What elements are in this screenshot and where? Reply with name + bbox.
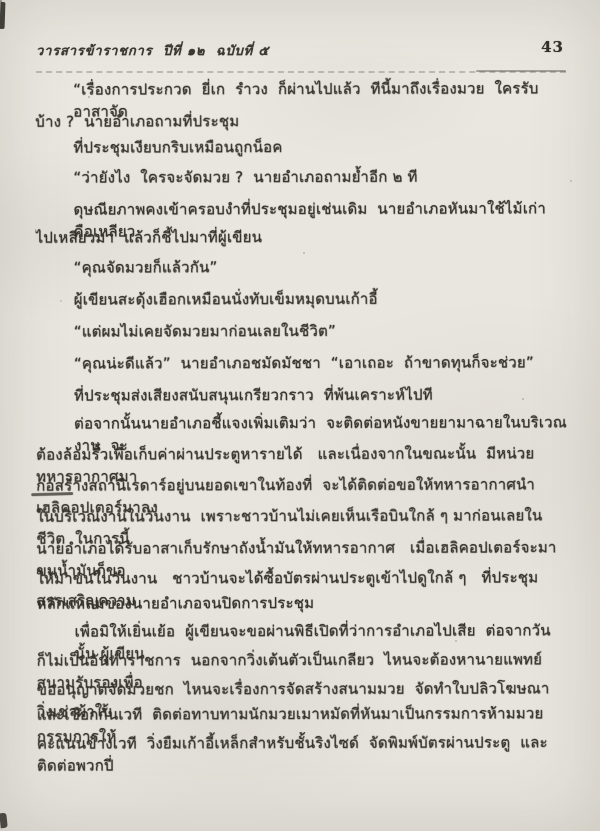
text-line: ไปเหลียวมา แล้วก็ชี้ไปมาที่ผู้เขียน — [36, 226, 263, 249]
text-line: “แต่ผมไม่เคยจัดมวยมาก่อนเลยในชีวิต” — [74, 320, 336, 343]
text-line: “คุณจัดมวยก็แล้วกัน” — [74, 256, 218, 278]
scanned-page: วารสารข้าราชการ ปีที่ ๑๒ ฉบับที่ ๕ 43 “เ… — [0, 0, 600, 831]
text-line: “ว่ายังไง ใครจะจัดมวย ? นายอำเภอถามย้ำอี… — [73, 166, 417, 189]
body-text: “เรื่องการประกวด ยี่เก รำวง ก็ผ่านไปแล้ว… — [0, 0, 600, 831]
text-line: หลักแหลมของนายอำเภอจนปิดการประชุม — [36, 592, 314, 615]
text-line: ที่ประชุมเงียบกริบเหมือนถูกน็อค — [73, 136, 282, 159]
text-line: “คุณน่ะดีแล้ว” นายอำเภอชมัดมัชชา “เอาเถอ… — [74, 351, 534, 374]
text-line: ที่ประชุมส่งเสียงสนับสนุนเกรียวกราว ที่พ… — [74, 384, 433, 407]
text-line: บ้าง ? นายอำเภอถามที่ประชุม — [35, 110, 239, 133]
text-line: ผู้เขียนสะดุ้งเฮือกเหมือนนั่งทับเข็มหมุด… — [74, 288, 378, 311]
text-line: คะแนนข้างเวที วิ่งยืมเก้าอี้เหล็กสำหรับช… — [37, 731, 571, 776]
